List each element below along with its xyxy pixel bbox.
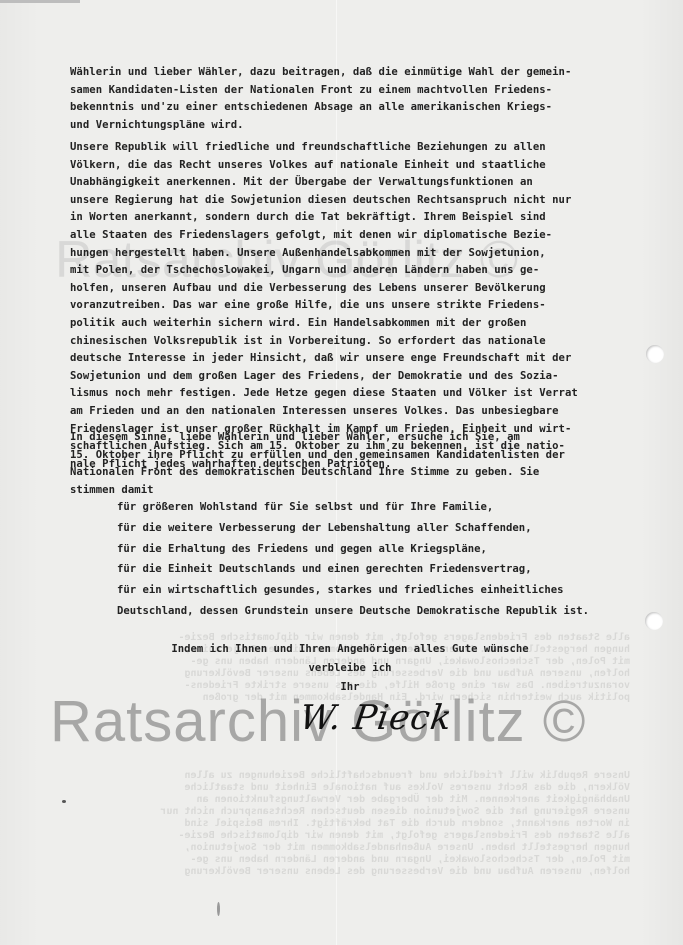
text-line: samen Kandidaten-Listen der Nationalen F… [70,82,630,100]
text-line: hungen hergestellt haben. Unsere Außenha… [70,245,630,263]
text-line: bekenntnis und'zu einer entschiedenen Ab… [70,99,630,117]
text-line: am Frieden und an den nationalen Interes… [70,403,630,421]
text-line: 15. Oktober ihre Pflicht zu erfüllen und… [70,447,630,465]
paper-speck [217,902,220,916]
paragraph-2: Unsere Republik will friedliche und freu… [70,139,630,473]
paper-speck [62,800,66,803]
closing-line-2: verbleibe ich [140,659,560,678]
vote-reasons-list: für größeren Wohlstand für Sie selbst un… [117,497,637,622]
text-line: Unabhängigkeit anerkennen. Mit der Überg… [70,174,630,192]
text-line: in Worten anerkannt, sondern durch die T… [70,209,630,227]
scanned-page: alle Staaten des Friedenslagers gefolgt,… [0,0,683,945]
bleed-through-text: Unsere Republik will friedliche und freu… [60,770,630,878]
list-item: für die Einheit Deutschlands und einen g… [117,559,637,580]
list-item: für die weitere Verbesserung der Lebensh… [117,518,637,539]
list-item: Deutschland, dessen Grundstein unsere De… [117,601,637,622]
list-item: für größeren Wohlstand für Sie selbst un… [117,497,637,518]
punch-hole-icon [646,345,664,363]
list-item: für ein wirtschaftlich gesundes, starkes… [117,580,637,601]
closing-line-1: Indem ich Ihnen und Ihren Angehörigen al… [140,640,560,659]
paragraph-3: In diesem Sinne, liebe Wählerin und lieb… [70,429,630,499]
text-line: deutsche Interesse in jeder Hinsicht, da… [70,350,630,368]
text-line: holfen, unseren Aufbau und die Verbesser… [70,280,630,298]
text-line: lismus noch mehr festigen. Jede Hetze ge… [70,385,630,403]
text-line: und Vernichtungspläne wird. [70,117,630,135]
closing-line-3: Ihr [140,678,560,697]
paragraph-1: Wählerin und lieber Wähler, dazu beitrag… [70,64,630,134]
text-line: In diesem Sinne, liebe Wählerin und lieb… [70,429,630,447]
text-line: alle Staaten des Friedenslagers gefolgt,… [70,227,630,245]
punch-hole-icon [645,612,663,630]
list-item: für die Erhaltung des Friedens und gegen… [117,539,637,560]
text-line: Unsere Republik will friedliche und freu… [70,139,630,157]
text-line: politik auch weiterhin sichern wird. Ein… [70,315,630,333]
text-line: mit Polen, der Tschechoslowakei, Ungarn … [70,262,630,280]
page-edge-shadow [0,0,80,3]
text-line: unsere Regierung hat die Sowjetunion die… [70,192,630,210]
text-line: voranzutreiben. Das war eine große Hilfe… [70,297,630,315]
text-line: Nationalen Front des demokratischen Deut… [70,464,630,482]
text-line: Wählerin und lieber Wähler, dazu beitrag… [70,64,630,82]
text-line: chinesischen Volksrepublik ist in Vorber… [70,333,630,351]
text-line: Sowjetunion und dem großen Lager des Fri… [70,368,630,386]
text-line: Völkern, die das Recht unseres Volkes au… [70,157,630,175]
handwritten-signature: W. Pieck [297,698,455,738]
